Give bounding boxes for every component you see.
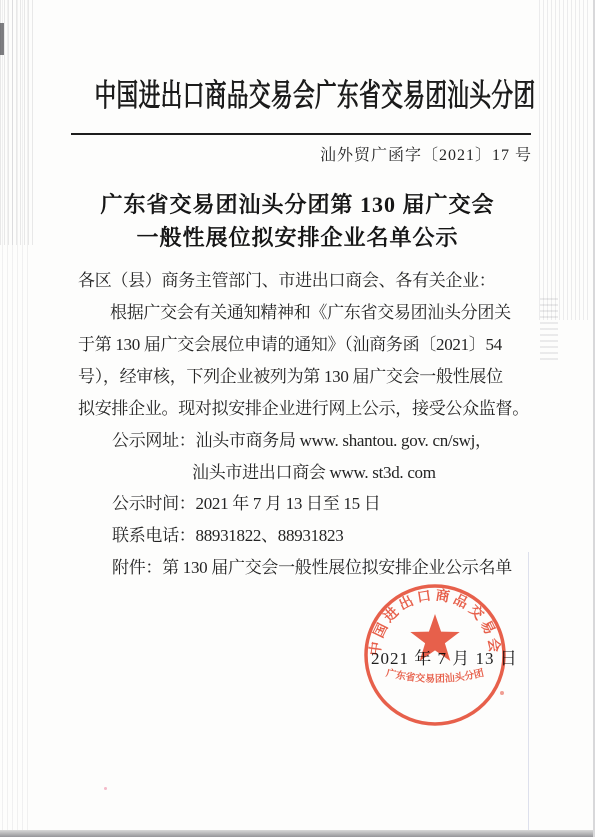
seal-ring <box>366 586 504 724</box>
scan-edge-mark <box>0 23 4 55</box>
official-seal: 中国进出口商品交易会 广东省交易团汕头分团 <box>355 577 515 737</box>
scan-streaks-right <box>539 0 591 320</box>
scan-streaks-left-faint <box>2 0 28 837</box>
scan-bottom-edge <box>0 830 595 837</box>
publicity-time-line: 公示时间：2021 年 7 月 13 日至 15 日 <box>112 489 380 514</box>
paragraph-line: 号），经审核，下列企业被列为第 130 届广交会一般性展位 <box>78 362 503 387</box>
letterhead-divider <box>71 133 531 135</box>
contact-phone-line: 联系电话：88931822、88931823 <box>112 521 343 546</box>
notice-title-line2: 一般性展位拟安排企业名单公示 <box>0 221 595 252</box>
publicity-url-line-2: 汕头市进出口商会 www. st3d. com <box>192 458 436 483</box>
salutation-line: 各区（县）商务主管部门、市进出口商会、各有关企业： <box>78 266 496 291</box>
svg-text:广东省交易团汕头分团: 广东省交易团汕头分团 <box>385 666 485 685</box>
paragraph-line: 于第 130 届广交会展位申请的通知》（汕商务函〔2021〕54 <box>78 330 502 355</box>
letterhead: 中国进出口商品交易会广东省交易团汕头分团 <box>0 70 595 115</box>
publicity-url-line-1: 公示网址：汕头市商务局 www. shantou. gov. cn/swj， <box>112 426 492 451</box>
seal-bottom-text: 广东省交易团汕头分团 <box>385 666 485 685</box>
attachment-line: 附件：第 130 届广交会一般性展位拟安排企业公示名单 <box>112 553 512 578</box>
paragraph-line: 拟安排企业。现对拟安排企业进行网上公示，接受公众监督。 <box>78 394 529 419</box>
scan-smudge <box>540 298 558 360</box>
paragraph-line: 根据广交会有关通知精神和《广东省交易团汕头分团关 <box>110 298 511 323</box>
seal-star-icon <box>410 614 459 661</box>
notice-title-line1: 广东省交易团汕头分团第 130 届广交会 <box>0 188 595 219</box>
letterhead-org-name: 中国进出口商品交易会广东省交易团汕头分团 <box>95 70 536 115</box>
scan-crease-line <box>528 552 529 837</box>
scanned-document-page: 中国进出口商品交易会广东省交易团汕头分团 汕外贸广函字〔2021〕17 号 广东… <box>0 0 595 837</box>
ink-speck-pink <box>104 787 107 790</box>
document-number: 汕外贸广函字〔2021〕17 号 <box>320 142 532 165</box>
